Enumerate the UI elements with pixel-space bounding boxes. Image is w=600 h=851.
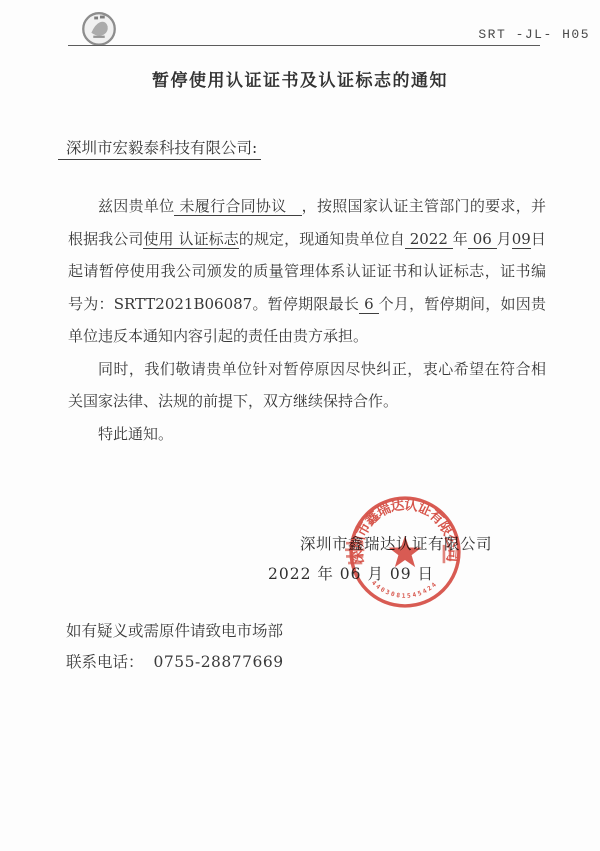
page-title: 暂停使用认证证书及认证标志的通知 [0, 66, 600, 91]
paragraph-2: 同时，我们敬请贵单位针对暂停原因尽快纠正，衷心希望在符合相关国家法律、法规的前提… [68, 353, 546, 418]
year-underlined: 2022 [405, 230, 453, 249]
svg-text:4403081545424: 4403081545424 [370, 580, 439, 600]
notice-body: 兹因贵单位 未履行合同协议 ，按照国家认证主管部门的要求，并根据我公司使用 认证… [68, 190, 546, 450]
seal-star-icon [389, 536, 422, 567]
phone-number: 0755-28877669 [154, 653, 284, 671]
mark-use-underlined: 使用 认证标志 [143, 230, 238, 249]
closing-line: 特此通知。 [68, 418, 546, 451]
header-divider [68, 45, 540, 46]
day-underlined: 09 [512, 230, 531, 249]
footer-phone-line: 联系电话：0755-28877669 [66, 647, 284, 678]
seal-code: 4403081545424 [370, 580, 439, 600]
month-underlined: 06 [468, 230, 497, 249]
scanned-notice-document: SRT -JL- H05 暂停使用认证证书及认证标志的通知 深圳市宏毅泰科技有限… [0, 0, 600, 851]
addressee-company: 深圳市宏毅泰科技有限公司: [58, 139, 261, 160]
red-company-seal: 深圳市鑫瑞达认证有限公司 4403081545424 [344, 489, 466, 611]
footer-contact: 如有疑义或需原件请致电市场部 联系电话：0755-28877669 [66, 616, 284, 678]
phone-label: 联系电话： [66, 653, 144, 671]
document-code: SRT -JL- H05 [478, 27, 590, 42]
footer-note: 如有疑义或需原件请致电市场部 [66, 616, 284, 647]
paragraph-1: 兹因贵单位 未履行合同协议 ，按照国家认证主管部门的要求，并根据我公司使用 认证… [68, 190, 546, 353]
addressee-line: 深圳市宏毅泰科技有限公司: [58, 136, 261, 158]
issuer-emblem-icon [78, 7, 120, 49]
months-count-underlined: 6 [359, 295, 379, 314]
reason-underlined: 未履行合同协议 [174, 197, 301, 216]
